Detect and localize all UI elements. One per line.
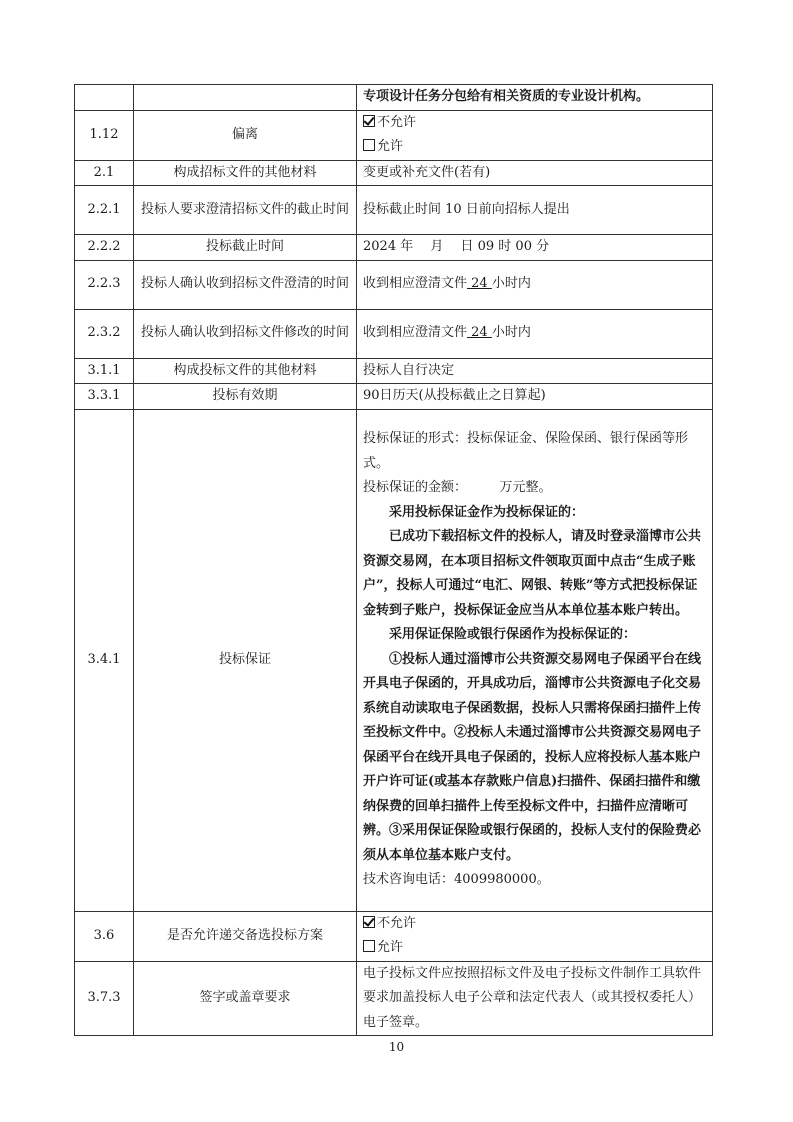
- option-not-allowed: 不允许: [363, 111, 706, 136]
- clause-number: 3.4.1: [75, 409, 134, 911]
- unchecked-box-icon: [363, 940, 375, 952]
- guarantee-amount: 投标保证的金额： 万元整。: [363, 476, 706, 501]
- clause-number: 2.2.1: [75, 186, 134, 235]
- clause-item: 偏离: [134, 110, 357, 160]
- clause-item: 投标人确认收到招标文件澄清的时间: [134, 260, 357, 309]
- checked-box-icon: [363, 916, 375, 928]
- clause-content: 不允许 允许: [357, 110, 713, 160]
- clause-item: 构成投标文件的其他材料: [134, 358, 357, 384]
- hours-value: 24: [467, 276, 492, 291]
- clause-item: 投标截止时间: [134, 235, 357, 261]
- clause-content: 收到相应澄清文件 24 小时内: [357, 260, 713, 309]
- clause-content: 投标截止时间 10 日前向招标人提出: [357, 186, 713, 235]
- clause-number: 2.1: [75, 160, 134, 186]
- clause-content: 变更或补充文件(若有): [357, 160, 713, 186]
- cash-deposit-heading: 采用投标保证金作为投标保证的：: [363, 501, 706, 526]
- option-not-allowed: 不允许: [363, 912, 706, 937]
- clause-content: 电子投标文件应按照招标文件及电子投标文件制作工具软件要求加盖投标人电子公章和法定…: [357, 961, 713, 1036]
- clause-item: 投标有效期: [134, 384, 357, 410]
- clause-item: 投标保证: [134, 409, 357, 911]
- bid-data-table: 专项设计任务分包给有相关资质的专业设计机构。 1.12 偏离 不允许 允许 2.…: [74, 84, 713, 1036]
- clause-number: 3.6: [75, 911, 134, 961]
- clause-number: 1.12: [75, 110, 134, 160]
- table-row: 3.3.1 投标有效期 90日历天(从投标截止之日算起): [75, 384, 713, 410]
- clause-item: 是否允许递交备选投标方案: [134, 911, 357, 961]
- table-row: 3.1.1 构成投标文件的其他材料 投标人自行决定: [75, 358, 713, 384]
- support-phone: 技术咨询电话：4009980000。: [363, 868, 706, 893]
- clause-number: 3.3.1: [75, 384, 134, 410]
- clause-item: 签字或盖章要求: [134, 961, 357, 1036]
- table-row: 3.4.1 投标保证 投标保证的形式：投标保证金、保险保函、银行保函等形式。 投…: [75, 409, 713, 911]
- clause-number: 3.7.3: [75, 961, 134, 1036]
- cash-deposit-instructions: 已成功下载招标文件的投标人，请及时登录淄博市公共资源交易网，在本项目招标文件领取…: [363, 525, 706, 623]
- option-allowed: 允许: [363, 936, 706, 961]
- clause-number: 2.2.2: [75, 235, 134, 261]
- clause-number: 2.2.3: [75, 260, 134, 309]
- clause-content: 投标人自行决定: [357, 358, 713, 384]
- table-row: 2.2.3 投标人确认收到招标文件澄清的时间 收到相应澄清文件 24 小时内: [75, 260, 713, 309]
- guarantee-form: 投标保证的形式：投标保证金、保险保函、银行保函等形式。: [363, 427, 706, 476]
- unchecked-box-icon: [363, 139, 375, 151]
- clause-item: [134, 85, 357, 111]
- clause-item: 投标人要求澄清招标文件的截止时间: [134, 186, 357, 235]
- clause-number: 3.1.1: [75, 358, 134, 384]
- hours-value: 24: [467, 325, 492, 340]
- option-allowed: 允许: [363, 135, 706, 160]
- table-row: 3.7.3 签字或盖章要求 电子投标文件应按照招标文件及电子投标文件制作工具软件…: [75, 961, 713, 1036]
- clause-content: 收到相应澄清文件 24 小时内: [357, 309, 713, 358]
- table-row: 2.1 构成招标文件的其他材料 变更或补充文件(若有): [75, 160, 713, 186]
- clause-content: 不允许 允许: [357, 911, 713, 961]
- clause-number: [75, 85, 134, 111]
- table-row: 专项设计任务分包给有相关资质的专业设计机构。: [75, 85, 713, 111]
- clause-content: 90日历天(从投标截止之日算起): [357, 384, 713, 410]
- clause-content: 投标保证的形式：投标保证金、保险保函、银行保函等形式。 投标保证的金额： 万元整…: [357, 409, 713, 911]
- checked-box-icon: [363, 115, 375, 127]
- table-row: 2.2.2 投标截止时间 2024 年 月 日 09 时 00 分: [75, 235, 713, 261]
- table-row: 1.12 偏离 不允许 允许: [75, 110, 713, 160]
- insurance-instructions: ①投标人通过淄博市公共资源交易网电子保函平台在线开具电子保函的，开具成功后，淄博…: [363, 648, 706, 869]
- clause-number: 2.3.2: [75, 309, 134, 358]
- insurance-heading: 采用保证保险或银行保函作为投标保证的：: [363, 623, 706, 648]
- clause-item: 投标人确认收到招标文件修改的时间: [134, 309, 357, 358]
- clause-item: 构成招标文件的其他材料: [134, 160, 357, 186]
- table-row: 3.6 是否允许递交备选投标方案 不允许 允许: [75, 911, 713, 961]
- table-row: 2.2.1 投标人要求澄清招标文件的截止时间 投标截止时间 10 日前向招标人提…: [75, 186, 713, 235]
- page-number: 10: [0, 1040, 793, 1054]
- table-row: 2.3.2 投标人确认收到招标文件修改的时间 收到相应澄清文件 24 小时内: [75, 309, 713, 358]
- clause-content: 2024 年 月 日 09 时 00 分: [357, 235, 713, 261]
- clause-content: 专项设计任务分包给有相关资质的专业设计机构。: [357, 85, 713, 111]
